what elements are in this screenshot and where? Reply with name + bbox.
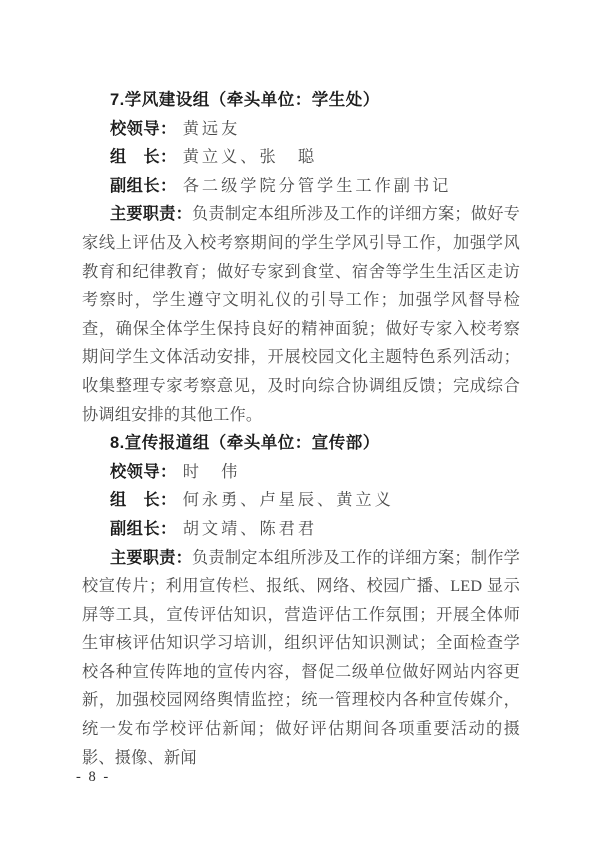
field-label: 副组长： (110, 520, 177, 538)
duties-text: 负责制定本组所涉及工作的详细方案；制作学校宣传片；利用宣传栏、报纸、网络、校园广… (82, 549, 520, 767)
field-label: 校领导： (110, 463, 177, 481)
field-row-school-leader: 校领导：时 伟 (82, 458, 520, 487)
section-publicity-group: 8.宣传报道组（牵头单位：宣传部） 校领导：时 伟 组 长：何永勇、卢星辰、黄立… (82, 429, 520, 772)
duties-label: 主要职责： (110, 549, 192, 567)
field-label: 组 长： (110, 491, 177, 509)
field-row-group-leader: 组 长：黄立义、张 聪 (82, 143, 520, 172)
field-value: 胡文靖、陈君君 (177, 520, 317, 538)
section-title: 7.学风建设组（牵头单位：学生处） (82, 86, 520, 115)
field-label: 组 长： (110, 148, 177, 166)
field-value: 时 伟 (177, 463, 241, 481)
field-value: 各二级学院分管学生工作副书记 (177, 177, 452, 195)
field-value: 黄远友 (177, 120, 241, 138)
page-number: - 8 - (76, 769, 110, 786)
field-row-school-leader: 校领导：黄远友 (82, 115, 520, 144)
field-row-deputy-leader: 副组长：胡文靖、陈君君 (82, 515, 520, 544)
duties-text: 负责制定本组所涉及工作的详细方案；做好专家线上评估及入校考察期间的学生学风引导工… (82, 205, 520, 423)
duties-paragraph: 主要职责：负责制定本组所涉及工作的详细方案；做好专家线上评估及入校考察期间的学生… (82, 200, 520, 429)
field-label: 副组长： (110, 177, 177, 195)
field-value: 何永勇、卢星辰、黄立义 (177, 491, 394, 509)
section-study-style-group: 7.学风建设组（牵头单位：学生处） 校领导：黄远友 组 长：黄立义、张 聪 副组… (82, 86, 520, 429)
duties-label: 主要职责： (110, 205, 192, 223)
field-value: 黄立义、张 聪 (177, 148, 317, 166)
field-row-group-leader: 组 长：何永勇、卢星辰、黄立义 (82, 486, 520, 515)
duties-paragraph: 主要职责：负责制定本组所涉及工作的详细方案；制作学校宣传片；利用宣传栏、报纸、网… (82, 544, 520, 773)
document-body: 7.学风建设组（牵头单位：学生处） 校领导：黄远友 组 长：黄立义、张 聪 副组… (82, 86, 520, 772)
field-label: 校领导： (110, 120, 177, 138)
document-page: 7.学风建设组（牵头单位：学生处） 校领导：黄远友 组 长：黄立义、张 聪 副组… (0, 0, 600, 848)
section-title: 8.宣传报道组（牵头单位：宣传部） (82, 429, 520, 458)
field-row-deputy-leader: 副组长：各二级学院分管学生工作副书记 (82, 172, 520, 201)
